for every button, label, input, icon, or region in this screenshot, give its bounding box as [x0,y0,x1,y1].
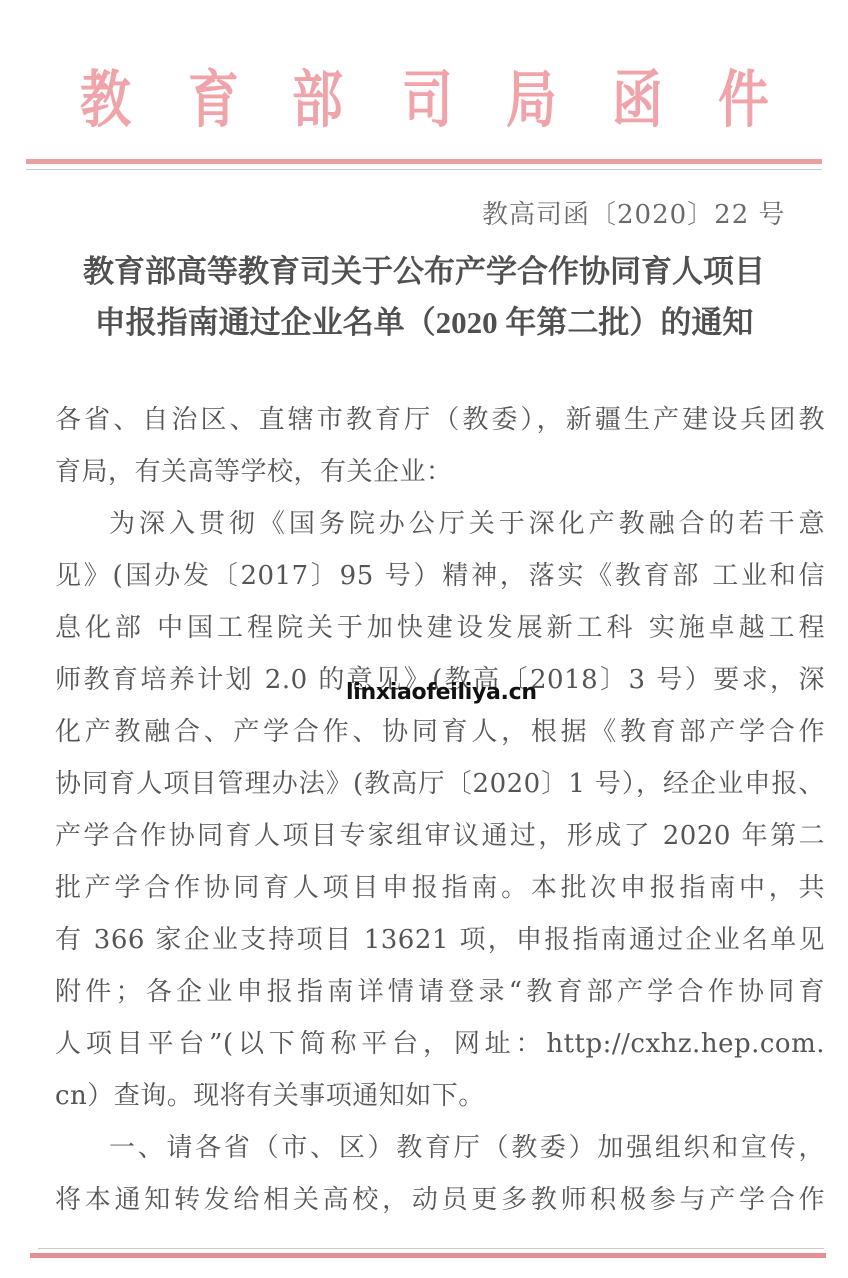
body-line: 将本通知转发给相关高校，动员更多教师积极参与产学合作 [55,1174,825,1226]
body-line: 见》(国办发〔2017〕95 号）精神，落实《教育部 工业和信 [55,550,825,602]
body-line: 人项目平台”(以下简称平台，网址：http://cxhz.hep.com. [55,1018,825,1070]
body-line: 为深入贯彻《国务院办公厅关于深化产教融合的若干意 [55,498,825,550]
document-body: 各省、自治区、直辖市教育厅（教委），新疆生产建设兵团教 育局，有关高等学校，有关… [55,394,825,1226]
body-line: 协同育人项目管理办法》(教高厅〔2020〕1 号），经企业申报、 [55,758,825,810]
title-line-2: 申报指南通过企业名单（2020 年第二批）的通知 [0,297,848,348]
body-line: 息化部 中国工程院关于加快建设发展新工科 实施卓越工程 [55,602,825,654]
letterhead-char: 司 [402,62,453,138]
title-line-1: 教育部高等教育司关于公布产学合作协同育人项目 [0,246,848,297]
letterhead-red-rule [26,159,822,164]
body-line: 附件；各企业申报指南详情请登录“教育部产学合作协同育 [55,966,825,1018]
body-line: 育局，有关高等学校，有关企业： [55,446,825,498]
body-line: 批产学合作协同育人项目申报指南。本批次申报指南中，共 [55,862,825,914]
letterhead-char: 件 [718,62,769,138]
body-line: cn）查询。现将有关事项通知如下。 [55,1070,825,1122]
body-line: 各省、自治区、直辖市教育厅（教委），新疆生产建设兵团教 [55,394,825,446]
letterhead-char: 育 [188,62,239,138]
letterhead: 教 育 部 司 局 函 件 [0,62,848,138]
document-number: 教高司函〔2020〕22 号 [482,197,786,233]
body-line: 产学合作协同育人项目专家组审议通过，形成了 2020 年第二 [55,810,825,862]
body-line: 一、请各省（市、区）教育厅（教委）加强组织和宣传， [55,1122,825,1174]
watermark-text: linxiaofeiliya.cn [346,678,537,708]
body-line: 化产教融合、产学合作、协同育人，根据《教育部产学合作 [55,706,825,758]
letterhead-char: 局 [506,62,557,138]
footer-thin-rule [38,1248,824,1249]
letterhead-thin-rule [26,169,822,170]
document-title: 教育部高等教育司关于公布产学合作协同育人项目 申报指南通过企业名单（2020 年… [0,246,848,348]
body-line: 有 366 家企业支持项目 13621 项，申报指南通过企业名单见 [55,914,825,966]
footer-red-rule [30,1253,826,1258]
letterhead-char: 函 [612,62,663,138]
letterhead-char: 教 [80,62,131,138]
letterhead-char: 部 [292,62,343,138]
